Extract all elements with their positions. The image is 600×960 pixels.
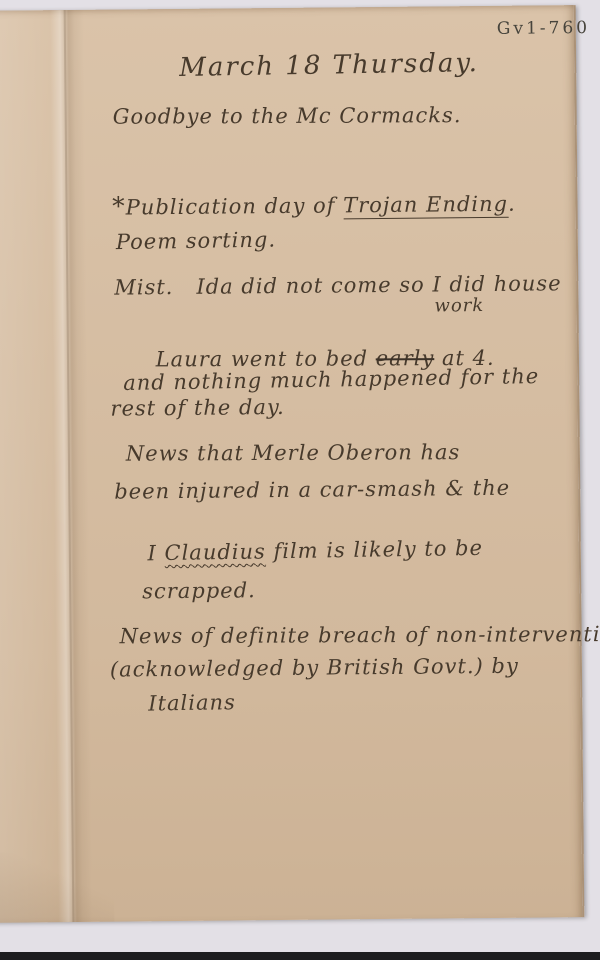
diary-line-intervention-3: Italians [148,691,236,716]
diary-line-oberon-1: News that Merle Oberon has [126,441,461,466]
diary-line-nothing-2: rest of the day. [110,396,284,421]
diary-line-intervention-1: News of definite breach of non-intervent… [120,623,600,648]
diary-line-oberon-3: I Claudius film is likely to be [116,514,483,589]
vertical-crease-line [64,10,75,922]
inserted-word-work: work [434,296,484,316]
publication-text: Publication day of [126,193,344,219]
date-heading: March 18 Thursday. [179,49,479,83]
vertical-crease [50,10,93,922]
scanner-edge-bar [0,952,600,960]
diary-page: Gv1-760 March 18 Thursday. Goodbye to th… [0,5,584,923]
diary-line-goodbye: Goodbye to the Mc Cormacks. [113,104,462,129]
diary-line-poem-sorting: Poem sorting. [116,228,277,254]
claudius-prefix: I [147,541,164,565]
claudius-suffix: film is likely to be [266,536,483,564]
catalog-reference: Gv1-760 [497,19,590,39]
asterisk-marker: * [112,192,126,221]
page-left-fold-shading [0,10,62,923]
scanned-diary-photo: { "colors": { "paper": "#d6be a3", "ink"… [0,0,600,960]
diary-line-intervention-2: (acknowledged by British Govt.) by [110,655,519,682]
bottom-left-corner-fold [0,852,114,923]
book-title-underlined: Trojan Ending [343,192,508,220]
film-title-underlined: Claudius [164,539,266,565]
diary-line-mist: Mist. Ida did not come so I did house [114,272,561,299]
diary-line-oberon-2: been injured in a car-smash & the [114,477,510,504]
diary-line-oberon-4: scrapped. [142,579,256,603]
publication-period: . [508,192,516,216]
